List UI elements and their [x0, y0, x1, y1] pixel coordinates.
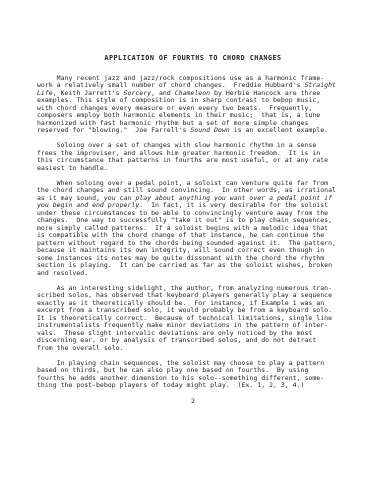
paragraph: Many recent jazz and jazz/rock compositi… [37, 75, 349, 135]
document-page: APPLICATION OF FOURTHS TO CHORD CHANGES … [0, 0, 375, 500]
page-number: 2 [37, 398, 349, 406]
paragraph: When soloing over a pedal point, a soloi… [37, 180, 349, 278]
page-title: APPLICATION OF FOURTHS TO CHORD CHANGES [37, 55, 349, 63]
paragraph: As an interesting sidelight, the author,… [37, 285, 349, 353]
document-body: Many recent jazz and jazz/rock compositi… [37, 75, 349, 390]
paragraph: In playing chain sequences, the soloist … [37, 360, 349, 390]
paragraph: Soloing over a set of changes with slow … [37, 142, 349, 172]
